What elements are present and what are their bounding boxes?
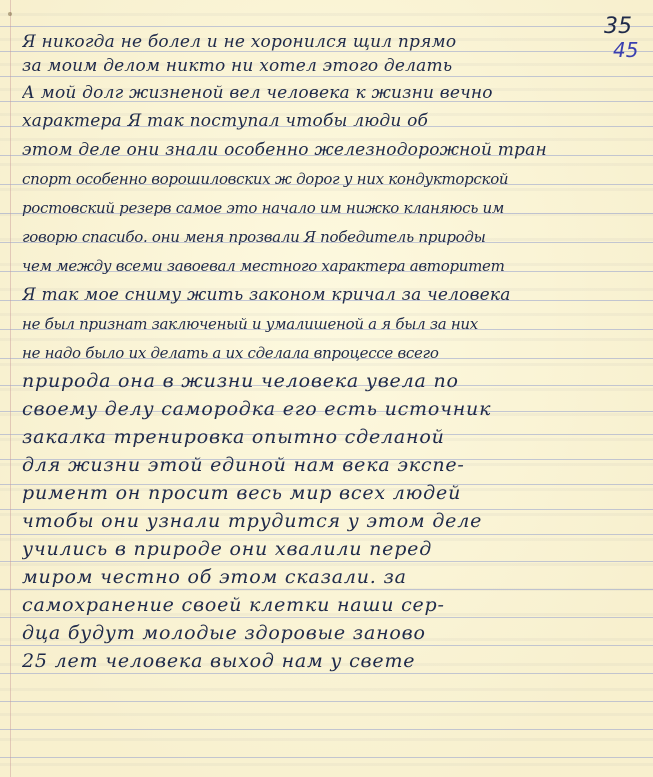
text-line: закалка тренировка опытно сделаной: [22, 423, 622, 451]
text-line: учились в природе они хвалили перед: [22, 535, 622, 563]
text-line: чем между всеми завоевал местного характ…: [22, 252, 622, 281]
text-line: не надо было их делать а их сделала впро…: [22, 339, 622, 367]
rule-line: [0, 701, 653, 702]
text-line: миром честно об этом сказали. за: [22, 563, 622, 591]
text-line: своему делу самородка его есть источник: [22, 395, 622, 423]
text-line: Я так мое сниму жить законом кричал за ч…: [22, 281, 622, 310]
rule-line: [0, 26, 653, 27]
text-line: не был признат заключеный и умалишеной а…: [22, 310, 622, 339]
text-line: 25 лет человека выход нам у свете: [22, 647, 622, 675]
text-line: дца будут молодые здоровые заново: [22, 619, 622, 647]
text-line: этом деле они знали особенно железнодоро…: [22, 136, 622, 165]
paper-spot: [8, 12, 12, 16]
text-line: самохранение своей клетки наши сер-: [22, 591, 622, 619]
rule-line: [0, 757, 653, 758]
text-line: говорю спасибо. они меня прозвали Я побе…: [22, 223, 622, 252]
handwritten-text: Я никогда не болел и не хоронился щил пр…: [22, 30, 622, 675]
rule-line: [0, 729, 653, 730]
text-line: ростовский резерв самое это начало им ни…: [22, 194, 622, 223]
text-line: характера Я так поступал чтобы люди об: [22, 107, 622, 136]
text-line: римент он просит весь мир всех людей: [22, 479, 622, 507]
margin-line: [10, 0, 11, 777]
text-line: природа она в жизни человека увела по: [22, 367, 622, 395]
notebook-page: 35 45 Я никогда не болел и не хоронился …: [0, 0, 653, 777]
text-line: для жизни этой единой нам века экспе-: [22, 451, 622, 479]
text-line: спорт особенно ворошиловских ж дорог у н…: [22, 165, 622, 194]
text-line: за моим делом никто ни хотел этого делат…: [22, 54, 622, 79]
text-line: А мой долг жизненой вел человека к жизни…: [22, 79, 622, 107]
text-line: чтобы они узнали трудится у этом деле: [22, 507, 622, 535]
text-line: Я никогда не болел и не хоронился щил пр…: [22, 30, 622, 54]
